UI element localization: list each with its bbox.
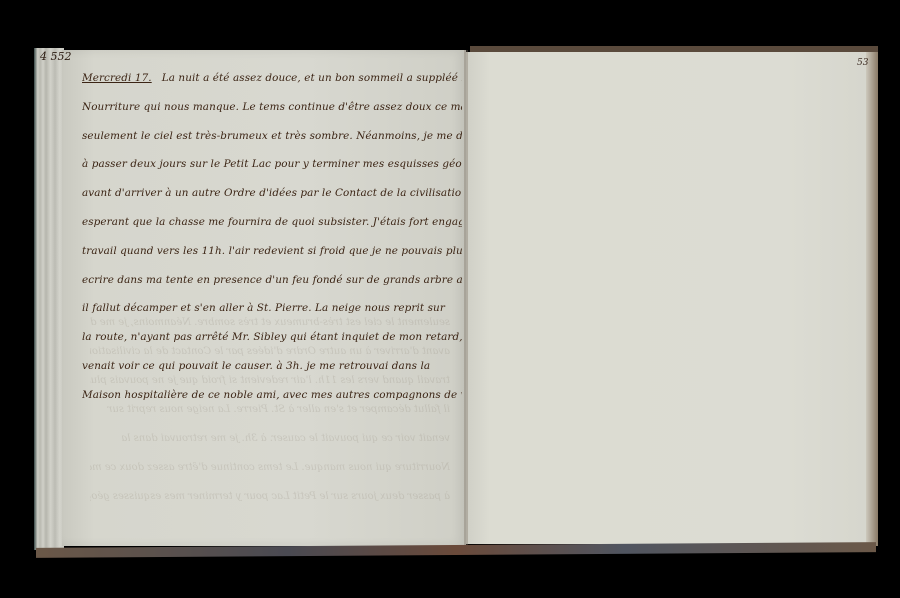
- book-gutter: [464, 50, 468, 546]
- ghost-line: seulement le ciel est très-brumeux et tr…: [90, 308, 450, 337]
- right-page-number: 53: [857, 58, 868, 68]
- ghost-line: travail quand vers les 11h. l'air redevi…: [90, 366, 450, 395]
- page-number: 552: [51, 50, 72, 63]
- ghost-line: avant d'arriver à un autre Ordre d'idées…: [90, 337, 450, 366]
- text-line: Nourriture qui nous manque. Le tems cont…: [82, 93, 462, 122]
- text-line: à passer deux jours sur le Petit Lac pou…: [82, 150, 462, 179]
- text-line: esperant que la chasse me fournira de qu…: [82, 208, 462, 237]
- open-notebook: 4 552 53 Mercredi 17.La nuit a été assez…: [0, 0, 900, 598]
- text-line: seulement le ciel est très-brumeux et tr…: [82, 122, 462, 151]
- ghost-line: Nourriture qui nous manque. Le tems cont…: [90, 453, 450, 482]
- text-line: ecrire dans ma tente en presence d'un fe…: [82, 266, 462, 295]
- line-text: La nuit a été assez douce, et un bon som…: [162, 72, 462, 84]
- page-stack-edge: [34, 48, 64, 550]
- text-line: travail quand vers les 11h. l'air redevi…: [82, 237, 462, 266]
- ghost-line: venait voir ce qui pouvait le causer. à …: [90, 424, 450, 453]
- left-page-number: 4 552: [40, 50, 72, 63]
- right-page-blank: [466, 52, 866, 544]
- text-line: avant d'arriver à un autre Ordre d'idées…: [82, 179, 462, 208]
- margin-mark: 4: [40, 50, 47, 63]
- ghost-line: il fallut décamper et s'en aller à St. P…: [90, 395, 450, 424]
- text-line: Mercredi 17.La nuit a été assez douce, e…: [82, 64, 462, 93]
- entry-date: Mercredi 17.: [82, 72, 152, 84]
- ghost-line: à passer deux jours sur le Petit Lac pou…: [90, 482, 450, 511]
- right-cover-edge: [866, 52, 878, 546]
- bleed-through-text: seulement le ciel est très-brumeux et tr…: [90, 308, 450, 511]
